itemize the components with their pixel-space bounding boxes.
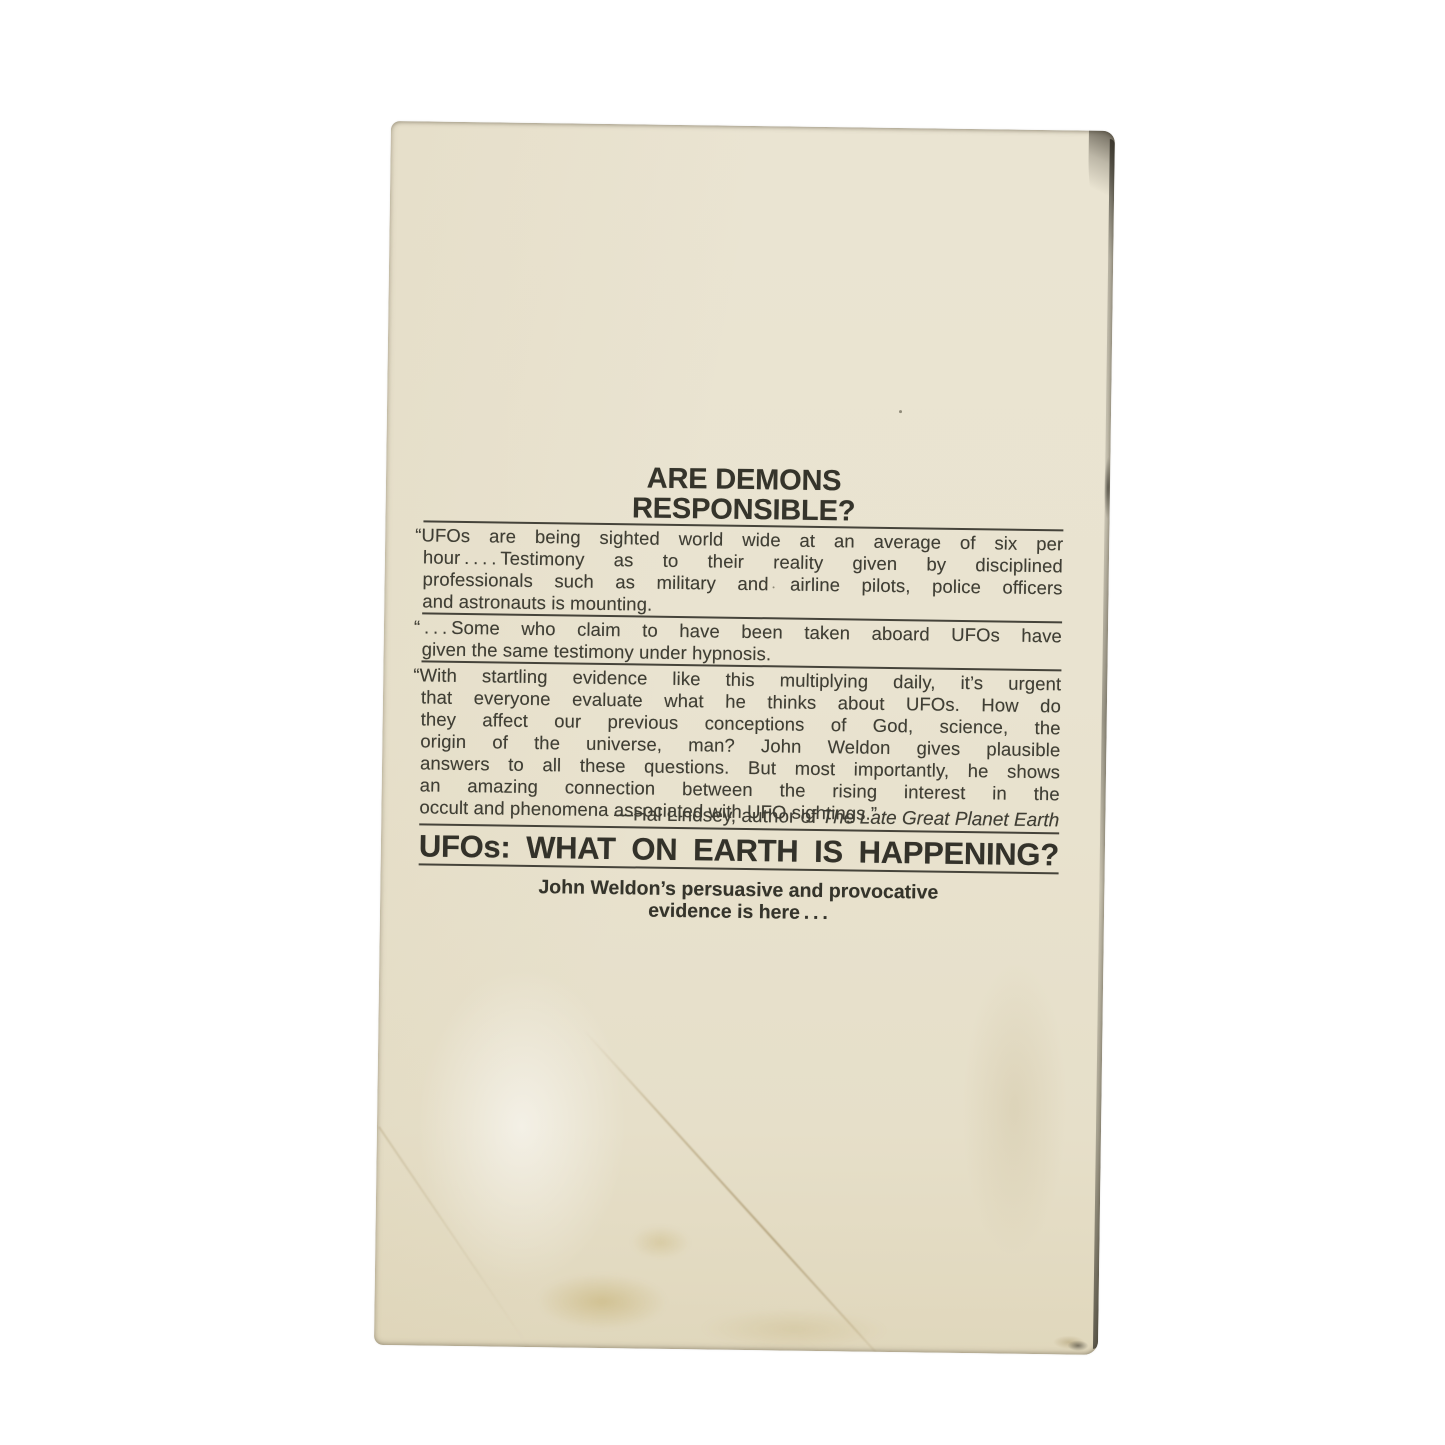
- back-cover-text: ARE DEMONS RESPONSIBLE? “UFOs are being …: [418, 460, 1064, 927]
- quote-paragraph-2: “ . . . Some who claim to have been take…: [422, 616, 1063, 669]
- quote-paragraph-1: “UFOs are being sighted world wide at an…: [422, 524, 1063, 621]
- photo-background: ARE DEMONS RESPONSIBLE? “UFOs are being …: [0, 0, 1445, 1445]
- attribution-prefix: —Hal Lindsey, author of: [614, 804, 822, 828]
- stain-blotch-2: [620, 1219, 701, 1265]
- dust-speck: [899, 410, 902, 413]
- back-cover-heading: ARE DEMONS RESPONSIBLE?: [423, 460, 1064, 529]
- attribution-book-title: The Late Great Planet Earth: [822, 807, 1060, 831]
- page-block-edge: [1093, 139, 1115, 1349]
- crease-line-2: [378, 1126, 531, 1350]
- bottom-right-corner-mark: [1064, 1338, 1092, 1352]
- top-right-corner-damage: [1088, 127, 1115, 232]
- tagline: John Weldon’s persuasive and provocative…: [418, 874, 1059, 927]
- right-edge-smudge: [1102, 449, 1113, 527]
- book-back-cover: ARE DEMONS RESPONSIBLE? “UFOs are being …: [374, 121, 1115, 1355]
- stain-blotch: [514, 1263, 690, 1340]
- quote-paragraph-3: “With startling evidence like this multi…: [419, 664, 1061, 827]
- stain-blotch-3: [674, 1300, 915, 1355]
